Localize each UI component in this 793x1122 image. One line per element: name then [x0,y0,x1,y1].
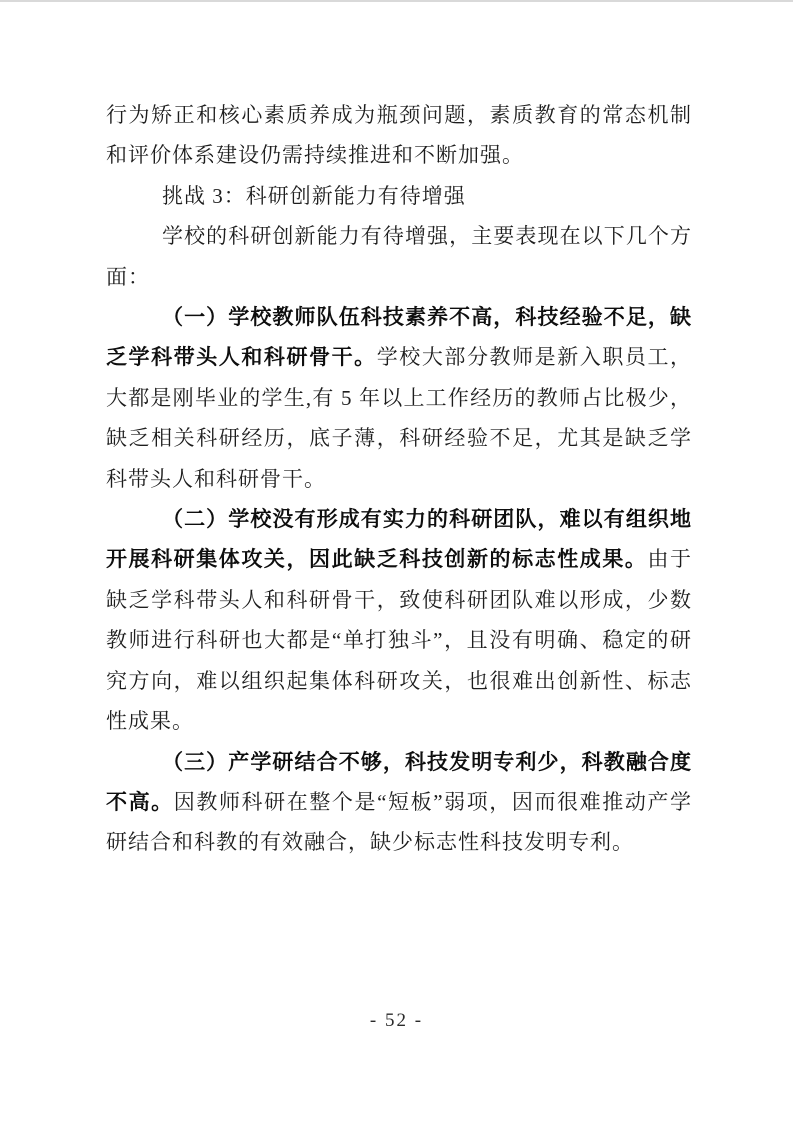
body-text: 因教师科研在整个是“短板”弱项，因而很难推动产学研结合和科教的有效融合，缺少标志… [106,790,692,854]
paragraph: （二）学校没有形成有实力的科研团队，难以有组织地开展科研集体攻关，因此缺乏科技创… [106,499,692,741]
document-body: 行为矫正和核心素质养成为瓶颈问题，素质教育的常态机制和评价体系建设仍需持续推进和… [106,95,692,863]
paragraph: 挑战 3：科研创新能力有待增强 [106,176,692,216]
emphasis-text: （二）学校没有形成有实力的科研团队，难以有组织地开展科研集体攻关，因此缺乏科技创… [106,507,692,571]
body-text: 由于缺乏学科带头人和科研骨干，致使科研团队难以形成，少数教师进行科研也大都是“单… [106,547,692,733]
paragraph: （一）学校教师队伍科技素养不高，科技经验不足，缺乏学科带头人和科研骨干。学校大部… [106,297,692,499]
page-number: - 52 - [0,1008,793,1034]
body-text: 挑战 3：科研创新能力有待增强 [162,184,466,208]
paragraph: 学校的科研创新能力有待增强，主要表现在以下几个方面： [106,216,692,297]
body-text: 学校的科研创新能力有待增强，主要表现在以下几个方面： [106,224,692,288]
paragraph: 行为矫正和核心素质养成为瓶颈问题，素质教育的常态机制和评价体系建设仍需持续推进和… [106,95,692,176]
body-text: 行为矫正和核心素质养成为瓶颈问题，素质教育的常态机制和评价体系建设仍需持续推进和… [106,103,692,167]
document-page: 行为矫正和核心素质养成为瓶颈问题，素质教育的常态机制和评价体系建设仍需持续推进和… [0,0,793,1122]
paragraph: （三）产学研结合不够，科技发明专利少，科教融合度不高。因教师科研在整个是“短板”… [106,742,692,863]
scan-edge-artifact [0,0,793,2]
